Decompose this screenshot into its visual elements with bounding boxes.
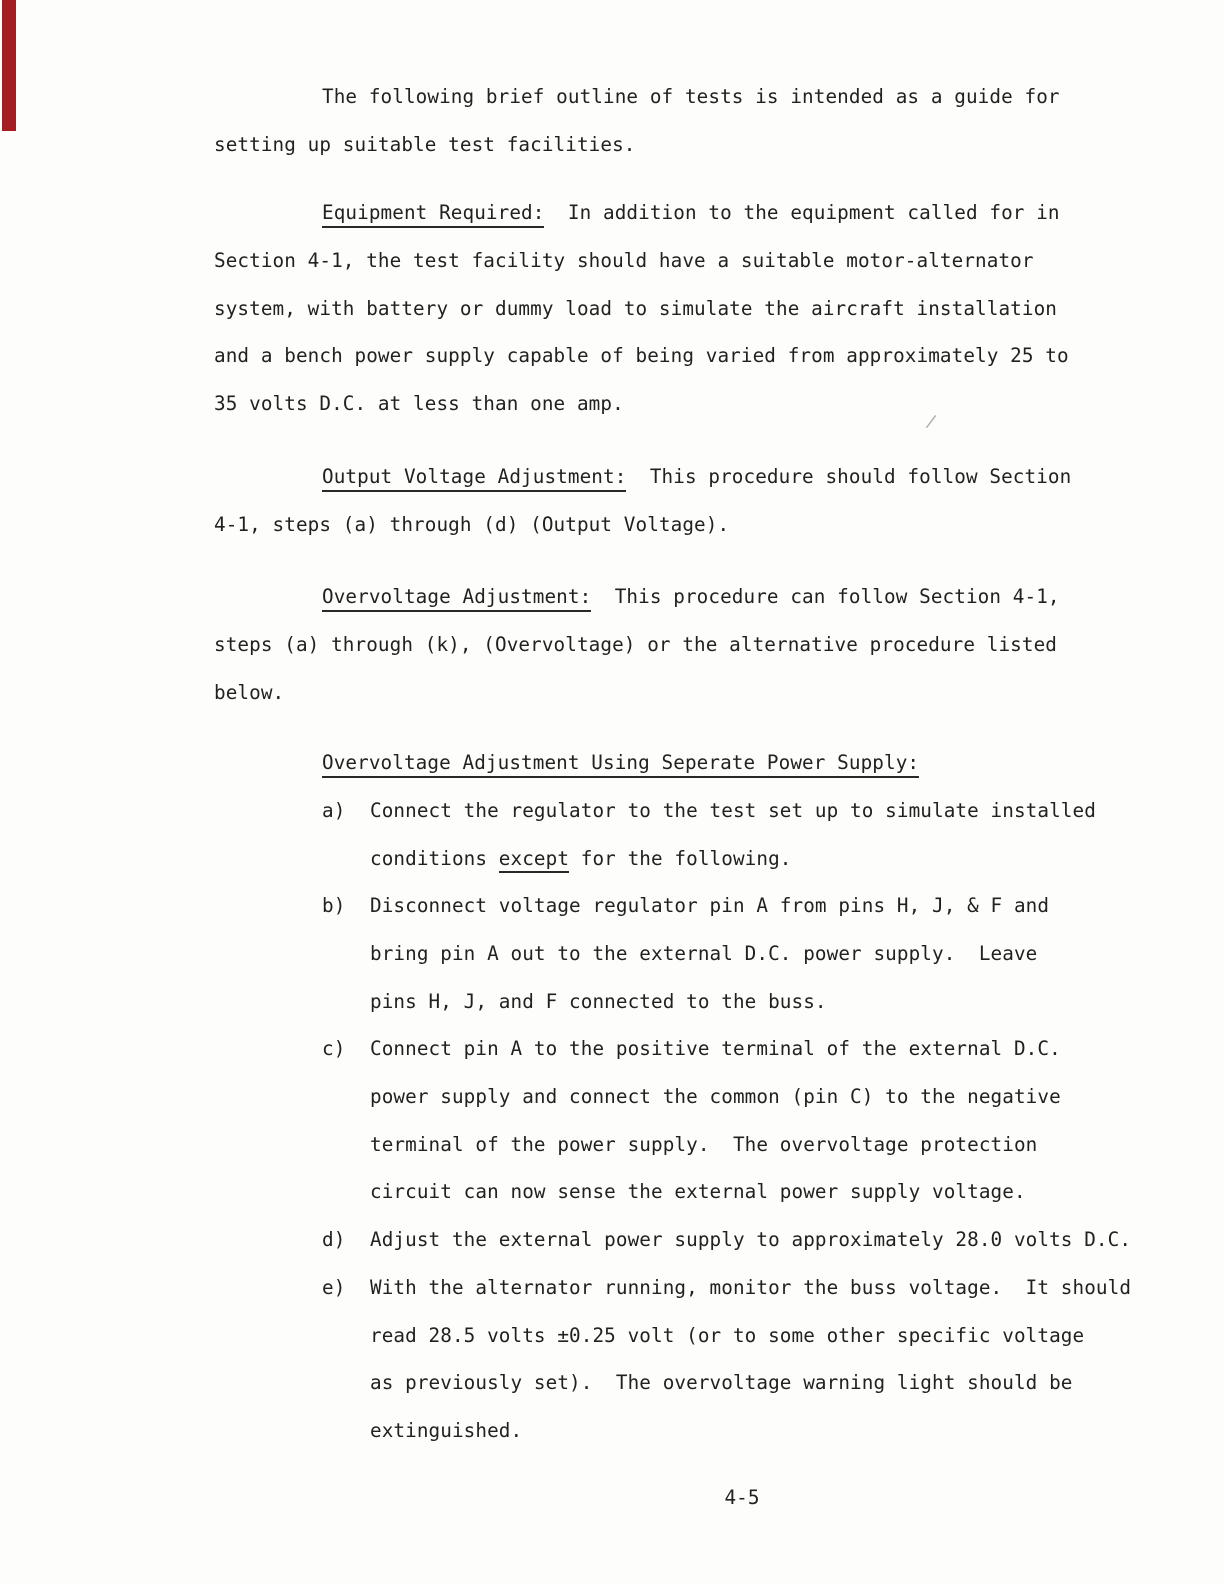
paragraph-spacer bbox=[214, 179, 1164, 200]
text-line: 35 volts D.C. at less than one amp. bbox=[214, 391, 1164, 439]
list-item-line: conditions except for the following. bbox=[214, 846, 1164, 894]
body-text: 35 volts D.C. at less than one amp. bbox=[214, 392, 624, 415]
section-heading: Equipment Required: bbox=[322, 201, 544, 228]
list-marker: b) bbox=[322, 893, 370, 918]
list-item-text: read 28.5 volts ±0.25 volt (or to some o… bbox=[370, 1324, 1084, 1347]
text-line: steps (a) through (k), (Overvoltage) or … bbox=[214, 632, 1164, 680]
list-item-line: b)Disconnect voltage regulator pin A fro… bbox=[214, 893, 1164, 941]
list-marker: e) bbox=[322, 1275, 370, 1300]
text-line: setting up suitable test facilities. bbox=[214, 132, 1164, 180]
list-item-text: Adjust the external power supply to appr… bbox=[370, 1228, 1131, 1251]
list-item-line: read 28.5 volts ±0.25 volt (or to some o… bbox=[214, 1323, 1164, 1371]
list-item-text: Disconnect voltage regulator pin A from … bbox=[370, 894, 1049, 917]
text-line: 4-1, steps (a) through (d) (Output Volta… bbox=[214, 512, 1164, 560]
section-heading-line: Equipment Required: In addition to the e… bbox=[214, 200, 1164, 248]
list-item-text: Connect pin A to the positive terminal o… bbox=[370, 1037, 1061, 1060]
list-item-text: With the alternator running, monitor the… bbox=[370, 1276, 1131, 1299]
section-heading-line: Output Voltage Adjustment: This procedur… bbox=[214, 464, 1164, 512]
paragraph-spacer bbox=[214, 559, 1164, 584]
section-heading: Overvoltage Adjustment Using Seperate Po… bbox=[322, 751, 919, 778]
section-heading-line: Overvoltage Adjustment: This procedure c… bbox=[214, 584, 1164, 632]
list-marker: a) bbox=[322, 798, 370, 823]
body-text: 4-1, steps (a) through (d) (Output Volta… bbox=[214, 513, 729, 536]
list-item-text: Connect the regulator to the test set up… bbox=[370, 799, 1096, 822]
list-item-line: terminal of the power supply. The overvo… bbox=[214, 1132, 1164, 1180]
text-line: Section 4-1, the test facility should ha… bbox=[214, 248, 1164, 296]
paragraph-spacer bbox=[214, 439, 1164, 464]
paragraph-spacer bbox=[214, 1466, 1164, 1485]
list-marker: c) bbox=[322, 1036, 370, 1061]
paragraph-spacer bbox=[214, 727, 1164, 750]
body-text: setting up suitable test facilities. bbox=[214, 133, 636, 156]
section-heading: Output Voltage Adjustment: bbox=[322, 465, 626, 492]
text-line: The following brief outline of tests is … bbox=[214, 84, 1164, 132]
list-item-line: extinguished. bbox=[214, 1418, 1164, 1466]
list-item-line: power supply and connect the common (pin… bbox=[214, 1084, 1164, 1132]
underlined-word: except bbox=[499, 847, 569, 873]
list-item-line: circuit can now sense the external power… bbox=[214, 1179, 1164, 1227]
list-item-text: circuit can now sense the external power… bbox=[370, 1180, 1026, 1203]
document-page: / The following brief outline of tests i… bbox=[0, 0, 1224, 1584]
list-item-line: bring pin A out to the external D.C. pow… bbox=[214, 941, 1164, 989]
list-item-text: bring pin A out to the external D.C. pow… bbox=[370, 942, 1037, 965]
text-line: system, with battery or dummy load to si… bbox=[214, 296, 1164, 344]
section-heading: Overvoltage Adjustment: bbox=[322, 585, 591, 612]
body-text: This procedure can follow Section 4-1, bbox=[591, 585, 1059, 608]
body-text: Section 4-1, the test facility should ha… bbox=[214, 249, 1034, 272]
body-text: system, with battery or dummy load to si… bbox=[214, 297, 1057, 320]
section-heading-line: Overvoltage Adjustment Using Seperate Po… bbox=[214, 750, 1164, 798]
red-edge-mark bbox=[2, 0, 16, 131]
list-item-line: as previously set). The overvoltage warn… bbox=[214, 1370, 1164, 1418]
body-text: This procedure should follow Section bbox=[626, 465, 1071, 488]
text-line: and a bench power supply capable of bein… bbox=[214, 343, 1164, 391]
list-item-text: pins H, J, and F connected to the buss. bbox=[370, 990, 827, 1013]
list-item-line: d)Adjust the external power supply to ap… bbox=[214, 1227, 1164, 1275]
list-item-text: as previously set). The overvoltage warn… bbox=[370, 1371, 1073, 1394]
list-item-line: e)With the alternator running, monitor t… bbox=[214, 1275, 1164, 1323]
list-item-line: c)Connect pin A to the positive terminal… bbox=[214, 1036, 1164, 1084]
list-item-line: pins H, J, and F connected to the buss. bbox=[214, 989, 1164, 1037]
body-text: and a bench power supply capable of bein… bbox=[214, 344, 1069, 367]
text-line: below. bbox=[214, 680, 1164, 728]
list-item-text: power supply and connect the common (pin… bbox=[370, 1085, 1061, 1108]
list-item-line: a)Connect the regulator to the test set … bbox=[214, 798, 1164, 846]
body-text: below. bbox=[214, 681, 284, 704]
list-item-text: conditions bbox=[370, 847, 499, 870]
list-item-text: for the following. bbox=[569, 847, 791, 870]
body-text: The following brief outline of tests is … bbox=[322, 85, 1060, 108]
list-item-text: extinguished. bbox=[370, 1419, 522, 1442]
list-marker: d) bbox=[322, 1227, 370, 1252]
body-text: In addition to the equipment called for … bbox=[544, 201, 1059, 224]
page-number: 4-5 bbox=[214, 1485, 1164, 1525]
list-item-text: terminal of the power supply. The overvo… bbox=[370, 1133, 1037, 1156]
body-text: steps (a) through (k), (Overvoltage) or … bbox=[214, 633, 1057, 656]
